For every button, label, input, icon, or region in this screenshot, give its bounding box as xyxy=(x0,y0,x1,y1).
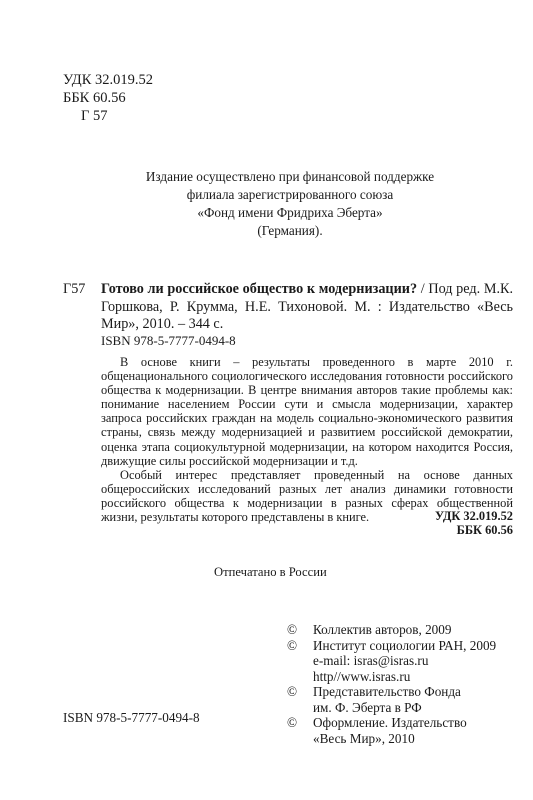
copyright-line: Институт социологии РАН, 2009 xyxy=(313,638,496,654)
funding-line: филиала зарегистрированного союза xyxy=(100,186,480,204)
funding-line: «Фонд имени Фридриха Эберта» xyxy=(100,204,480,222)
copyright-entry: © Оформление. Издательство «Весь Мир», 2… xyxy=(287,715,496,746)
copyright-icon: © xyxy=(287,622,297,638)
copyright-icon: © xyxy=(287,715,297,731)
copyright-icon: © xyxy=(287,684,297,700)
copyright-line: Представительство Фонда xyxy=(313,684,496,700)
bibliographic-record: Г57 Готово ли российское общество к моде… xyxy=(63,281,513,334)
annotation: В основе книги – результаты проведенного… xyxy=(101,355,513,524)
biblio-body: Готово ли российское общество к модерниз… xyxy=(101,281,513,334)
email-line: e-mail: isras@isras.ru xyxy=(313,653,496,669)
annotation-paragraph: В основе книги – результаты проведенного… xyxy=(101,355,513,468)
funding-line: Издание осуществлено при финансовой подд… xyxy=(100,168,480,186)
udk-code-bottom: УДК 32.019.52 xyxy=(435,509,513,523)
printed-in: Отпечатано в России xyxy=(214,565,327,580)
copyright-entry: © Коллектив авторов, 2009 xyxy=(287,622,496,638)
isbn-footer: ISBN 978-5-7777-0494-8 xyxy=(63,710,200,726)
bbk-code: ББК 60.56 xyxy=(63,89,153,107)
copyright-line: «Весь Мир», 2010 xyxy=(313,731,496,747)
copyright-icon: © xyxy=(287,638,297,654)
classification-codes: УДК 32.019.52 ББК 60.56 Г 57 xyxy=(63,71,153,125)
copyright-line: им. Ф. Эберта в РФ xyxy=(313,700,496,716)
book-title: Готово ли российское общество к модерниз… xyxy=(101,281,417,297)
copyright-entry: © Представительство Фонда им. Ф. Эберта … xyxy=(287,684,496,715)
funding-note: Издание осуществлено при финансовой подд… xyxy=(100,168,480,240)
copyright-line: Коллектив авторов, 2009 xyxy=(313,622,496,638)
udk-code: УДК 32.019.52 xyxy=(63,71,153,89)
website-line: http//www.isras.ru xyxy=(313,669,496,685)
isbn-record: ISBN 978-5-7777-0494-8 xyxy=(101,333,236,349)
copyright-line: Оформление. Издательство xyxy=(313,715,496,731)
biblio-code: Г57 xyxy=(63,281,85,299)
copyright-block: © Коллектив авторов, 2009 © Институт соц… xyxy=(287,622,496,746)
copyright-entry: © Институт социологии РАН, 2009 e-mail: … xyxy=(287,638,496,685)
author-mark: Г 57 xyxy=(63,107,153,125)
classification-bottom: УДК 32.019.52 ББК 60.56 xyxy=(435,509,513,537)
funding-line: (Германия). xyxy=(100,222,480,240)
bbk-code-bottom: ББК 60.56 xyxy=(435,523,513,537)
